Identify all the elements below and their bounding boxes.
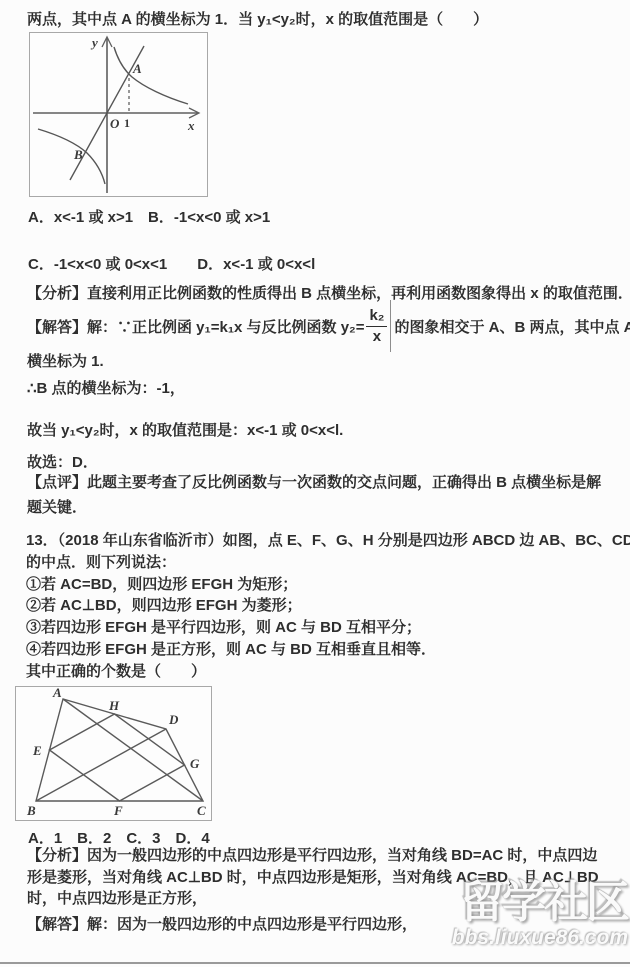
midpoint-quadrilateral-efgh <box>50 714 185 801</box>
midpoint-f-label: F <box>113 803 123 818</box>
q12-options-cd: C．-1<x<0 或 0<x<1 D．x<-1 或 0<x<l <box>28 253 315 274</box>
q12-solution-after-fraction: 的图象相交于 A、B 两点，其中点 A 的 <box>394 316 630 337</box>
q13-solution: 【解答】解：因为一般四边形的中点四边形是平行四边形， <box>27 913 417 934</box>
fraction-denominator: x <box>366 327 387 345</box>
q12-solution-before-fraction: 【解答】解：∵正比例函 y₁=k₁x 与反比例函数 y₂= <box>27 316 364 337</box>
diagonal-bd <box>36 729 166 801</box>
x-axis-label: x <box>187 118 195 133</box>
tick-one-label: 1 <box>124 116 130 130</box>
vertex-b-label: B <box>26 803 36 818</box>
vertex-d-label: D <box>168 712 179 727</box>
q12-solution-line4: 故当 y₁<y₂时，x 的取值范围是：x<-1 或 0<x<l. <box>27 419 343 440</box>
watermark: 留学社区 bbs.liuxue86.com <box>452 879 628 948</box>
k2-over-x-fraction: k₂ x <box>364 307 389 345</box>
midpoint-g-label: G <box>190 756 200 771</box>
q12-comment: 【点评】此题主要考查了反比例函数与一次函数的交点问题，正确得出 B 点横坐标是解… <box>27 470 612 520</box>
q12-solution-line1: 【解答】解：∵正比例函 y₁=k₁x 与反比例函数 y₂= k₂ x 的图象相交… <box>27 300 630 352</box>
q13-quadrilateral-figure: A B C D E F G H <box>15 686 212 821</box>
equation-image-border-line <box>390 300 391 352</box>
origin-label: O <box>110 116 120 131</box>
watermark-url: bbs.liuxue86.com <box>452 927 628 948</box>
q13-quadrilateral-svg: A B C D E F G H <box>16 687 211 820</box>
midpoint-h-label: H <box>108 698 120 713</box>
q12-solution-line3: ∴B 点的横坐标为：-1， <box>27 377 185 398</box>
q13-stem-statement-3: ③若四边形 EFGH 是平行四边形，则 AC 与 BD 互相平分； <box>26 617 630 639</box>
q12-graph-figure: y x O 1 A B <box>29 32 208 197</box>
hyperbola-branch-q3 <box>38 129 105 184</box>
q12-solution-line5: 故选：D． <box>27 451 98 472</box>
fraction-numerator: k₂ <box>366 307 387 326</box>
vertex-c-label: C <box>197 803 206 818</box>
q13-stem-question: 其中正确的个数是（ ） <box>26 661 630 683</box>
q13-stem-statement-2: ②若 AC⊥BD，则四边形 EFGH 为菱形； <box>26 595 630 617</box>
q12-options-ab: A．x<-1 或 x>1 B．-1<x<0 或 x>1 <box>28 206 270 227</box>
hyperbola-branch-q1 <box>114 47 188 104</box>
page-bottom-rule <box>0 962 630 964</box>
diagonal-ac <box>63 699 203 801</box>
q13-stem-statement-4: ④若四边形 EFGH 是正方形，则 AC 与 BD 互相垂直且相等． <box>26 639 630 661</box>
q12-stem-text: 两点，其中点 A 的横坐标为 1．当 y₁<y₂时，x 的取值范围是（ ） <box>27 8 488 29</box>
point-a-label: A <box>132 61 142 76</box>
point-b-label: B <box>73 147 83 162</box>
q12-graph-svg: y x O 1 A B <box>30 33 207 196</box>
q12-solution-line2: 横坐标为 1. <box>27 350 104 371</box>
page-root: { "q12": { "stem_tail": "两点，其中点 A 的横坐标为 … <box>0 0 630 967</box>
q13-stem-line-2: 的中点．则下列说法： <box>26 552 630 574</box>
midpoint-e-label: E <box>32 743 42 758</box>
watermark-title: 留学社区 <box>452 879 628 927</box>
q13-stem-line-1: 13．（2018 年山东省临沂市）如图，点 E、F、G、H 分别是四边形 ABC… <box>26 530 630 552</box>
q13-stem: 13．（2018 年山东省临沂市）如图，点 E、F、G、H 分别是四边形 ABC… <box>26 530 630 683</box>
vertex-a-label: A <box>52 687 62 700</box>
q13-stem-statement-1: ①若 AC=BD，则四边形 EFGH 为矩形； <box>26 574 630 596</box>
y-axis-label: y <box>90 35 98 50</box>
